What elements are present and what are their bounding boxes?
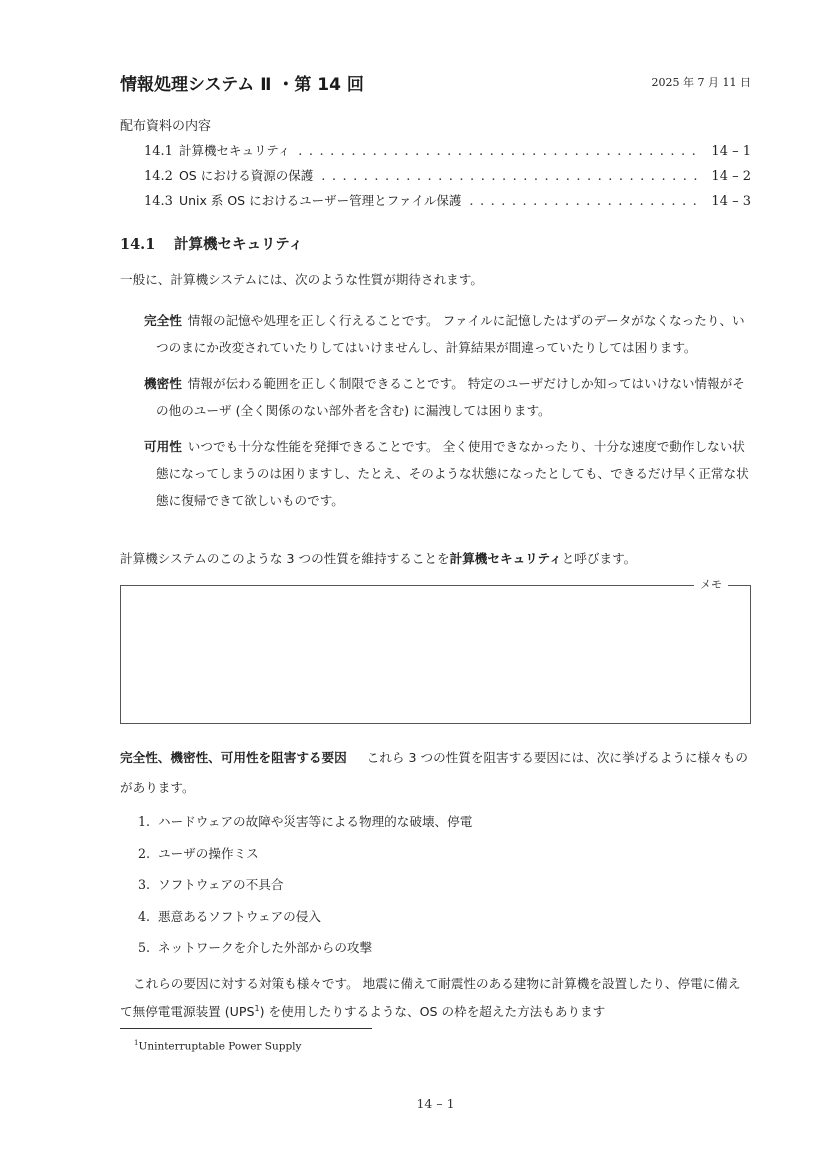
intro-paragraph: 一般に、計算機システムには、次のような性質が期待されます。 xyxy=(120,264,751,295)
list-item: 1.ハードウェアの故障や災害等による物理的な破壊、停電 xyxy=(138,806,751,838)
definition-text: 情報の記憶や処理を正しく行えることです。 ファイルに記憶したはずのデータがなくな… xyxy=(156,313,745,355)
toc-entry-page: 14 – 3 xyxy=(711,194,751,209)
list-item-text: 悪意あるソフトウェアの侵入 xyxy=(158,909,321,924)
list-item-text: ハードウェアの故障や災害等による物理的な破壊、停電 xyxy=(158,814,472,829)
summary-text-end: と呼びます。 xyxy=(562,551,637,566)
factors-list: 1.ハードウェアの故障や災害等による物理的な破壊、停電 2.ユーザの操作ミス 3… xyxy=(138,806,751,964)
toc-heading: 配布資料の内容 xyxy=(120,115,211,134)
definition-text: 情報が伝わる範囲を正しく制限できることです。 特定のユーザだけしか知ってはいけな… xyxy=(156,376,745,418)
toc-leader-dots: ........................................… xyxy=(298,144,703,159)
toc-leader-dots: ........................................… xyxy=(321,169,703,184)
list-item-text: ネットワークを介した外部からの攻撃 xyxy=(158,940,372,955)
section-number: 14.1 xyxy=(120,236,174,253)
factors-heading: 完全性、機密性、可用性を阻害する要因 xyxy=(120,750,347,765)
definition-list: 完全性情報の記憶や処理を正しく行えることです。 ファイルに記憶したはずのデータが… xyxy=(144,307,751,523)
toc-entry-page: 14 – 2 xyxy=(711,169,751,184)
list-item: 5.ネットワークを介した外部からの攻撃 xyxy=(138,932,751,964)
footnote-divider xyxy=(120,1028,372,1029)
toc-entry-number: 14.1 xyxy=(144,144,173,159)
toc-entry[interactable]: 14.1 計算機セキュリティ .........................… xyxy=(144,141,751,166)
definition-availability: 可用性いつでも十分な性能を発揮できることです。 全く使用できなかったり、十分な速… xyxy=(144,433,751,514)
summary-text: 計算機システムのこのような 3 つの性質を維持することを xyxy=(120,551,450,566)
section-title: 計算機セキュリティ xyxy=(174,237,303,253)
closing-text-end: ) を使用したりするような、OS の枠を超えた方法もあります xyxy=(260,1004,606,1019)
page-header: 情報処理システム Ⅱ ・第 14 回 2025 年 7 月 11 日 xyxy=(120,94,751,120)
document-title: 情報処理システム Ⅱ ・第 14 回 xyxy=(120,70,364,95)
list-item-text: ユーザの操作ミス xyxy=(158,846,259,861)
page-number: 14 – 1 xyxy=(120,1096,751,1111)
definition-term: 可用性 xyxy=(144,439,182,454)
footnote-text: Uninterruptable Power Supply xyxy=(138,1041,301,1053)
toc-entry-number: 14.3 xyxy=(144,194,173,209)
list-item-number: 3. xyxy=(138,869,158,901)
toc-entry[interactable]: 14.2 OS における資源の保護 ......................… xyxy=(144,166,751,191)
toc-leader-dots: ........................................… xyxy=(469,194,703,209)
summary-term: 計算機セキュリティ xyxy=(450,551,562,566)
table-of-contents: 14.1 計算機セキュリティ .........................… xyxy=(144,141,751,216)
definition-term: 機密性 xyxy=(144,376,182,391)
list-item: 2.ユーザの操作ミス xyxy=(138,838,751,870)
toc-entry-title: 計算機セキュリティ xyxy=(179,141,290,159)
list-item-number: 2. xyxy=(138,838,158,870)
list-item-number: 1. xyxy=(138,806,158,838)
list-item: 3.ソフトウェアの不具合 xyxy=(138,869,751,901)
list-item-number: 4. xyxy=(138,901,158,933)
memo-box[interactable]: メモ xyxy=(120,585,751,724)
summary-paragraph: 計算機システムのこのような 3 つの性質を維持することを計算機セキュリティと呼び… xyxy=(120,543,751,574)
footnote: 1Uninterruptable Power Supply xyxy=(134,1039,301,1053)
toc-entry[interactable]: 14.3 Unix 系 OS におけるユーザー管理とファイル保護 .......… xyxy=(144,191,751,216)
list-item-number: 5. xyxy=(138,932,158,964)
memo-label: メモ xyxy=(694,577,728,593)
definition-integrity: 完全性情報の記憶や処理を正しく行えることです。 ファイルに記憶したはずのデータが… xyxy=(144,307,751,361)
toc-entry-number: 14.2 xyxy=(144,169,173,184)
definition-confidentiality: 機密性情報が伝わる範囲を正しく制限できることです。 特定のユーザだけしか知っては… xyxy=(144,370,751,424)
list-item: 4.悪意あるソフトウェアの侵入 xyxy=(138,901,751,933)
toc-entry-title: OS における資源の保護 xyxy=(179,166,313,184)
definition-text: いつでも十分な性能を発揮できることです。 全く使用できなかったり、十分な速度で動… xyxy=(156,439,749,508)
section-heading: 14.1計算機セキュリティ xyxy=(120,233,303,254)
toc-entry-title: Unix 系 OS におけるユーザー管理とファイル保護 xyxy=(179,191,461,209)
list-item-text: ソフトウェアの不具合 xyxy=(158,877,283,892)
definition-term: 完全性 xyxy=(144,313,182,328)
document-page: 情報処理システム Ⅱ ・第 14 回 2025 年 7 月 11 日 配布資料の… xyxy=(120,0,751,1169)
closing-paragraph: これらの要因に対する対策も様々です。 地震に備えて耐震性のある建物に計算機を設置… xyxy=(120,970,751,1026)
toc-entry-page: 14 – 1 xyxy=(711,144,751,159)
factors-paragraph: 完全性、機密性、可用性を阻害する要因これら 3 つの性質を阻害する要因には、次に… xyxy=(120,743,751,803)
document-date: 2025 年 7 月 11 日 xyxy=(652,74,751,90)
